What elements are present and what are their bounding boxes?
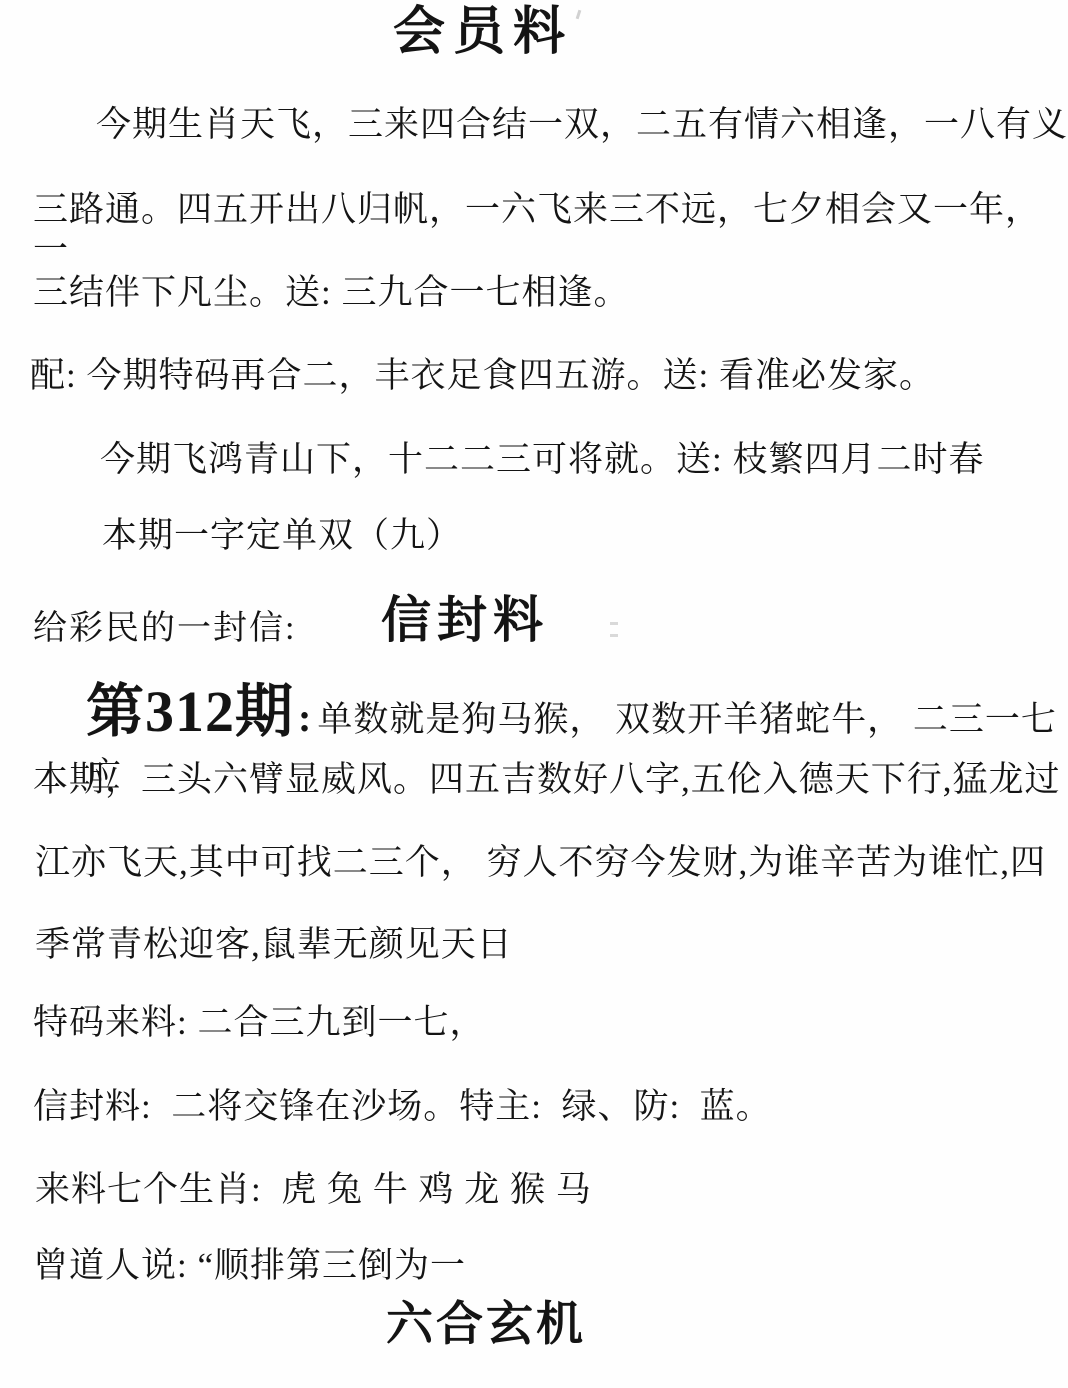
issue-number: 第312期 (86, 679, 294, 744)
envelope-tip-line: 信封料: 二将交锋在沙场。特主: 绿、防: 蓝。 (33, 1087, 772, 1127)
footer-title: 六合玄机 (386, 1298, 586, 1352)
page-title: 会员料 (393, 2, 573, 64)
scan-speck (576, 10, 582, 19)
special-code-tip-line: 特码来料: 二合三九到一七， (33, 1003, 485, 1043)
member-paragraph-line: 三路通。四五开出八归帆，一六飞来三不远，七夕相会又一年，一 (33, 190, 1068, 271)
issue-paragraph-line: 本期，三头六臂显威风。四五吉数好八字,五伦入德天下行,猛龙过 (33, 760, 1061, 800)
single-double-line: 本期一字定单双（九） (102, 516, 462, 556)
issue-paragraph-line: 季常青松迎客,鼠辈无颜见天日 (35, 925, 513, 965)
member-paragraph-line: 三结伴下凡尘。送: 三九合一七相逢。 (33, 273, 629, 313)
pei-line: 配: 今期特码再合二，丰衣足食四五游。送: 看准必发家。 (30, 356, 935, 396)
scan-speck (610, 622, 618, 625)
letter-to-players-label: 给彩民的一封信: (33, 600, 296, 649)
issue-colon: : (294, 695, 317, 740)
member-paragraph-line: 今期生肖天飞，三来四合结一双，二五有情六相逢，一八有义 (96, 105, 1068, 145)
issue-paragraph-line: 江亦飞天,其中可找二三个， 穷人不穷今发财,为谁辛苦为谁忙,四 (35, 843, 1046, 883)
member-paragraph-line: 今期飞鸿青山下，十二二三可将就。送: 枝繁四月二时春 (100, 440, 984, 480)
scanned-document-page: 会员料 今期生肖天飞，三来四合结一双，二五有情六相逢，一八有义 三路通。四五开出… (0, 0, 1068, 1388)
scan-speck (610, 634, 618, 637)
zeng-daoren-quote-line: 曾道人说: “顺排第三倒为一 (33, 1246, 466, 1286)
envelope-material-title: 信封料 (381, 580, 549, 652)
zodiac-tip-line: 来料七个生肖: 虎 兔 牛 鸡 龙 猴 马 (35, 1170, 592, 1210)
